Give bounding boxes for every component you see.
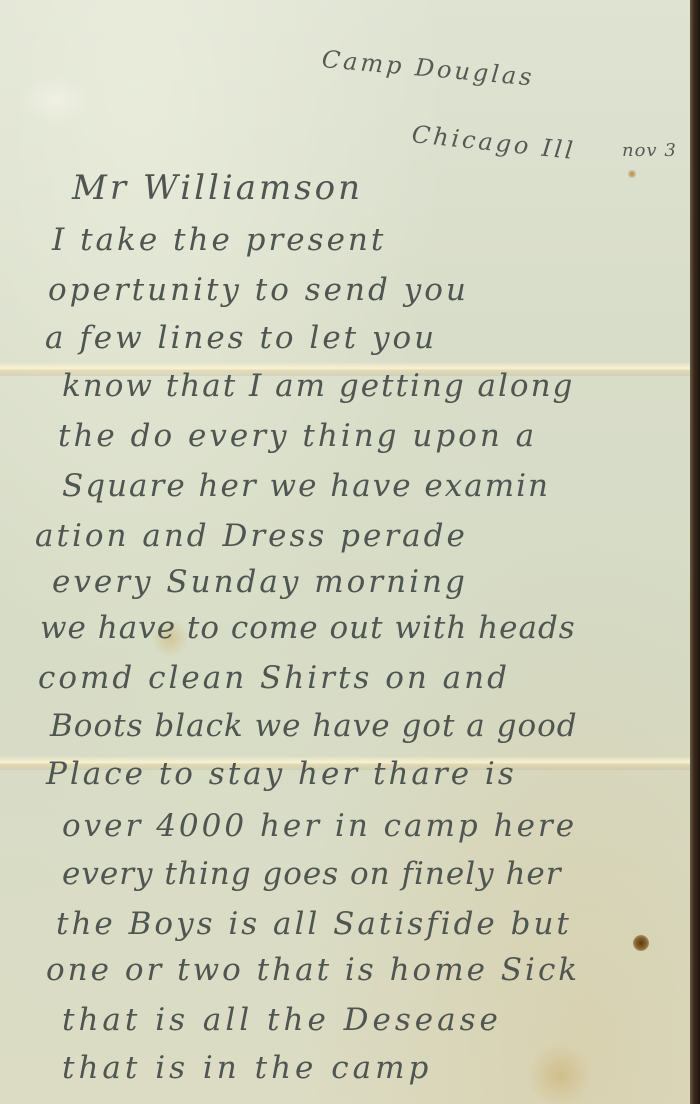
letter-line: Place to stay her thare is xyxy=(46,756,517,792)
heading-city: Chicago Ill xyxy=(411,120,578,165)
letter-line: that is all the Desease xyxy=(62,1002,502,1038)
letter-line: over 4000 her in camp here xyxy=(62,808,577,844)
letter-page: Camp Douglas Chicago Ill nov 3 Mr Willia… xyxy=(0,0,690,1104)
letter-line: every Sunday morning xyxy=(52,564,468,600)
letter-line: that is in the camp xyxy=(62,1050,432,1086)
letter-line: every thing goes on finely her xyxy=(62,856,562,892)
letter-line: a few lines to let you xyxy=(45,320,437,356)
letter-line: we have to come out with heads xyxy=(40,610,576,646)
letter-line: opertunity to send you xyxy=(48,272,469,308)
water-stain xyxy=(530,1040,590,1104)
letter-line: the do every thing upon a xyxy=(58,418,537,454)
dark-stain xyxy=(633,935,649,951)
heading-place: Camp Douglas xyxy=(321,45,536,91)
letter-line: Square her we have examin xyxy=(62,468,550,504)
letter-line: Boots black we have got a good xyxy=(50,708,578,744)
letter-line: I take the present xyxy=(52,222,386,258)
heading-date: nov 3 xyxy=(622,140,677,161)
letter-line: comd clean Shirts on and xyxy=(38,660,510,696)
letter-line: know that I am getting along xyxy=(62,368,574,404)
letter-line: one or two that is home Sick xyxy=(46,952,580,988)
ink-spot xyxy=(628,170,636,178)
letter-line: the Boys is all Satisfide but xyxy=(56,906,572,942)
letter-line: ation and Dress perade xyxy=(35,518,468,554)
salutation: Mr Williamson xyxy=(72,168,363,208)
paper-blemish xyxy=(20,75,90,125)
binding-edge xyxy=(690,0,700,1104)
